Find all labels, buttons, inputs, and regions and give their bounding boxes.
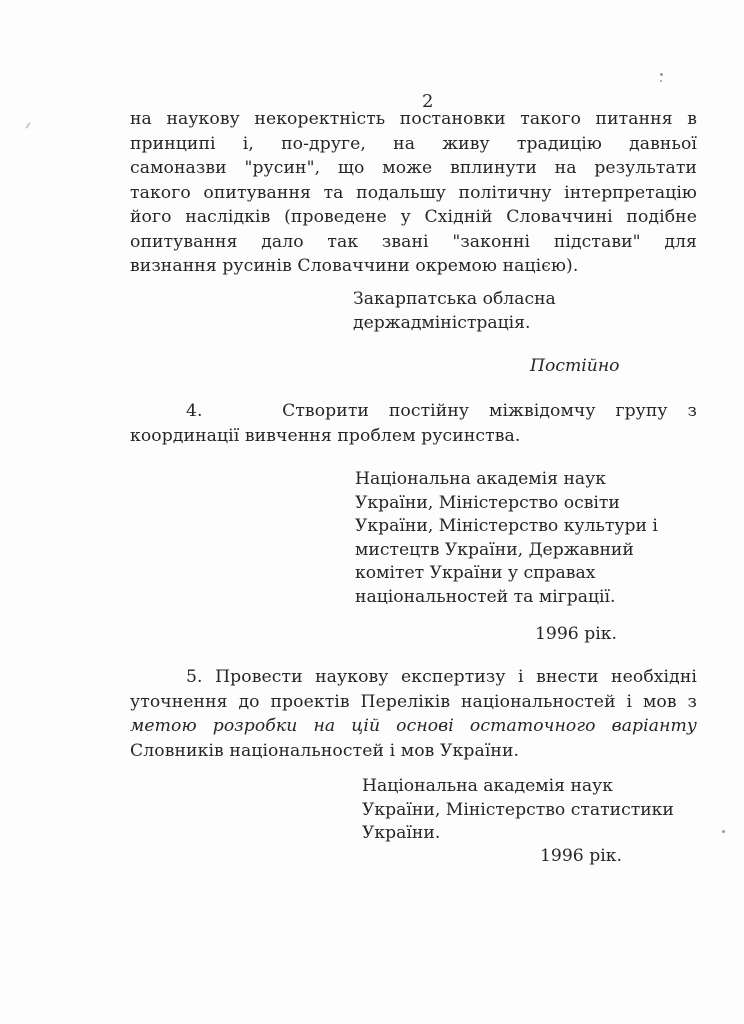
responsible-line: України, Міністерство культури і — [355, 515, 658, 539]
paragraph-line: визнання русинів Словаччини окремою наці… — [130, 254, 697, 279]
item-number: 5. — [186, 667, 203, 687]
item-number: 4. — [186, 401, 203, 421]
responsible-line: України. — [362, 822, 674, 846]
responsible-party-4: Національна академія наук України, Мініс… — [355, 468, 658, 609]
responsible-line: мистецтв України, Державний — [355, 539, 658, 563]
item-line: уточнення до проектів Переліків націонал… — [130, 690, 697, 715]
scan-speck — [660, 73, 663, 76]
responsible-line: Національна академія наук — [355, 468, 658, 492]
deadline-5: 1996 рік. — [540, 845, 622, 867]
document-page: 2 на наукову некоректність постановки та… — [0, 0, 744, 1024]
item-line: координації вивчення проблем русинства. — [130, 424, 697, 449]
item-4: 4. Створити постійну міжвідомчу групу з … — [130, 399, 697, 448]
item-text: Провести наукову експертизу і внести нео… — [215, 667, 697, 687]
item-line: 4. Створити постійну міжвідомчу групу з — [130, 399, 697, 424]
item-text: Створити постійну міжвідомчу групу з — [282, 401, 697, 421]
item-5: 5. Провести наукову експертизу і внести … — [130, 665, 697, 763]
paragraph-line: опитування дало так звані "законні підст… — [130, 230, 697, 255]
scan-speck — [25, 122, 31, 129]
item-line: 5. Провести наукову експертизу і внести … — [130, 665, 697, 690]
responsible-line: України, Міністерство статистики — [362, 799, 674, 823]
scan-speck — [660, 80, 662, 82]
deadline-4: 1996 рік. — [535, 623, 617, 645]
paragraph-line: самоназви "русин", що може вплинути на р… — [130, 156, 697, 181]
deadline-1: Постійно — [530, 355, 620, 377]
paragraph-line: такого опитування та подальшу політичну … — [130, 181, 697, 206]
paragraph-line: на наукову некоректність постановки тако… — [130, 107, 697, 132]
responsible-line: комітет України у справах — [355, 562, 658, 586]
responsible-party-1: Закарпатська обласна держадміністрація. — [353, 288, 556, 335]
paragraph-line: його наслідків (проведене у Східній Слов… — [130, 205, 697, 230]
paragraph-line: принципі і, по-друге, на живу традицію д… — [130, 132, 697, 157]
intro-paragraph: на наукову некоректність постановки тако… — [130, 107, 697, 279]
item-line: метою розробки на цій основі остаточного… — [130, 714, 697, 739]
responsible-line: Закарпатська обласна — [353, 288, 556, 312]
responsible-line: держадміністрація. — [353, 312, 556, 336]
responsible-line: Національна академія наук — [362, 775, 674, 799]
responsible-line: національностей та міграції. — [355, 586, 658, 610]
item-line: Словників національностей і мов України. — [130, 739, 697, 764]
responsible-line: України, Міністерство освіти — [355, 492, 658, 516]
scan-speck — [722, 830, 725, 833]
responsible-party-5: Національна академія наук України, Мініс… — [362, 775, 674, 846]
